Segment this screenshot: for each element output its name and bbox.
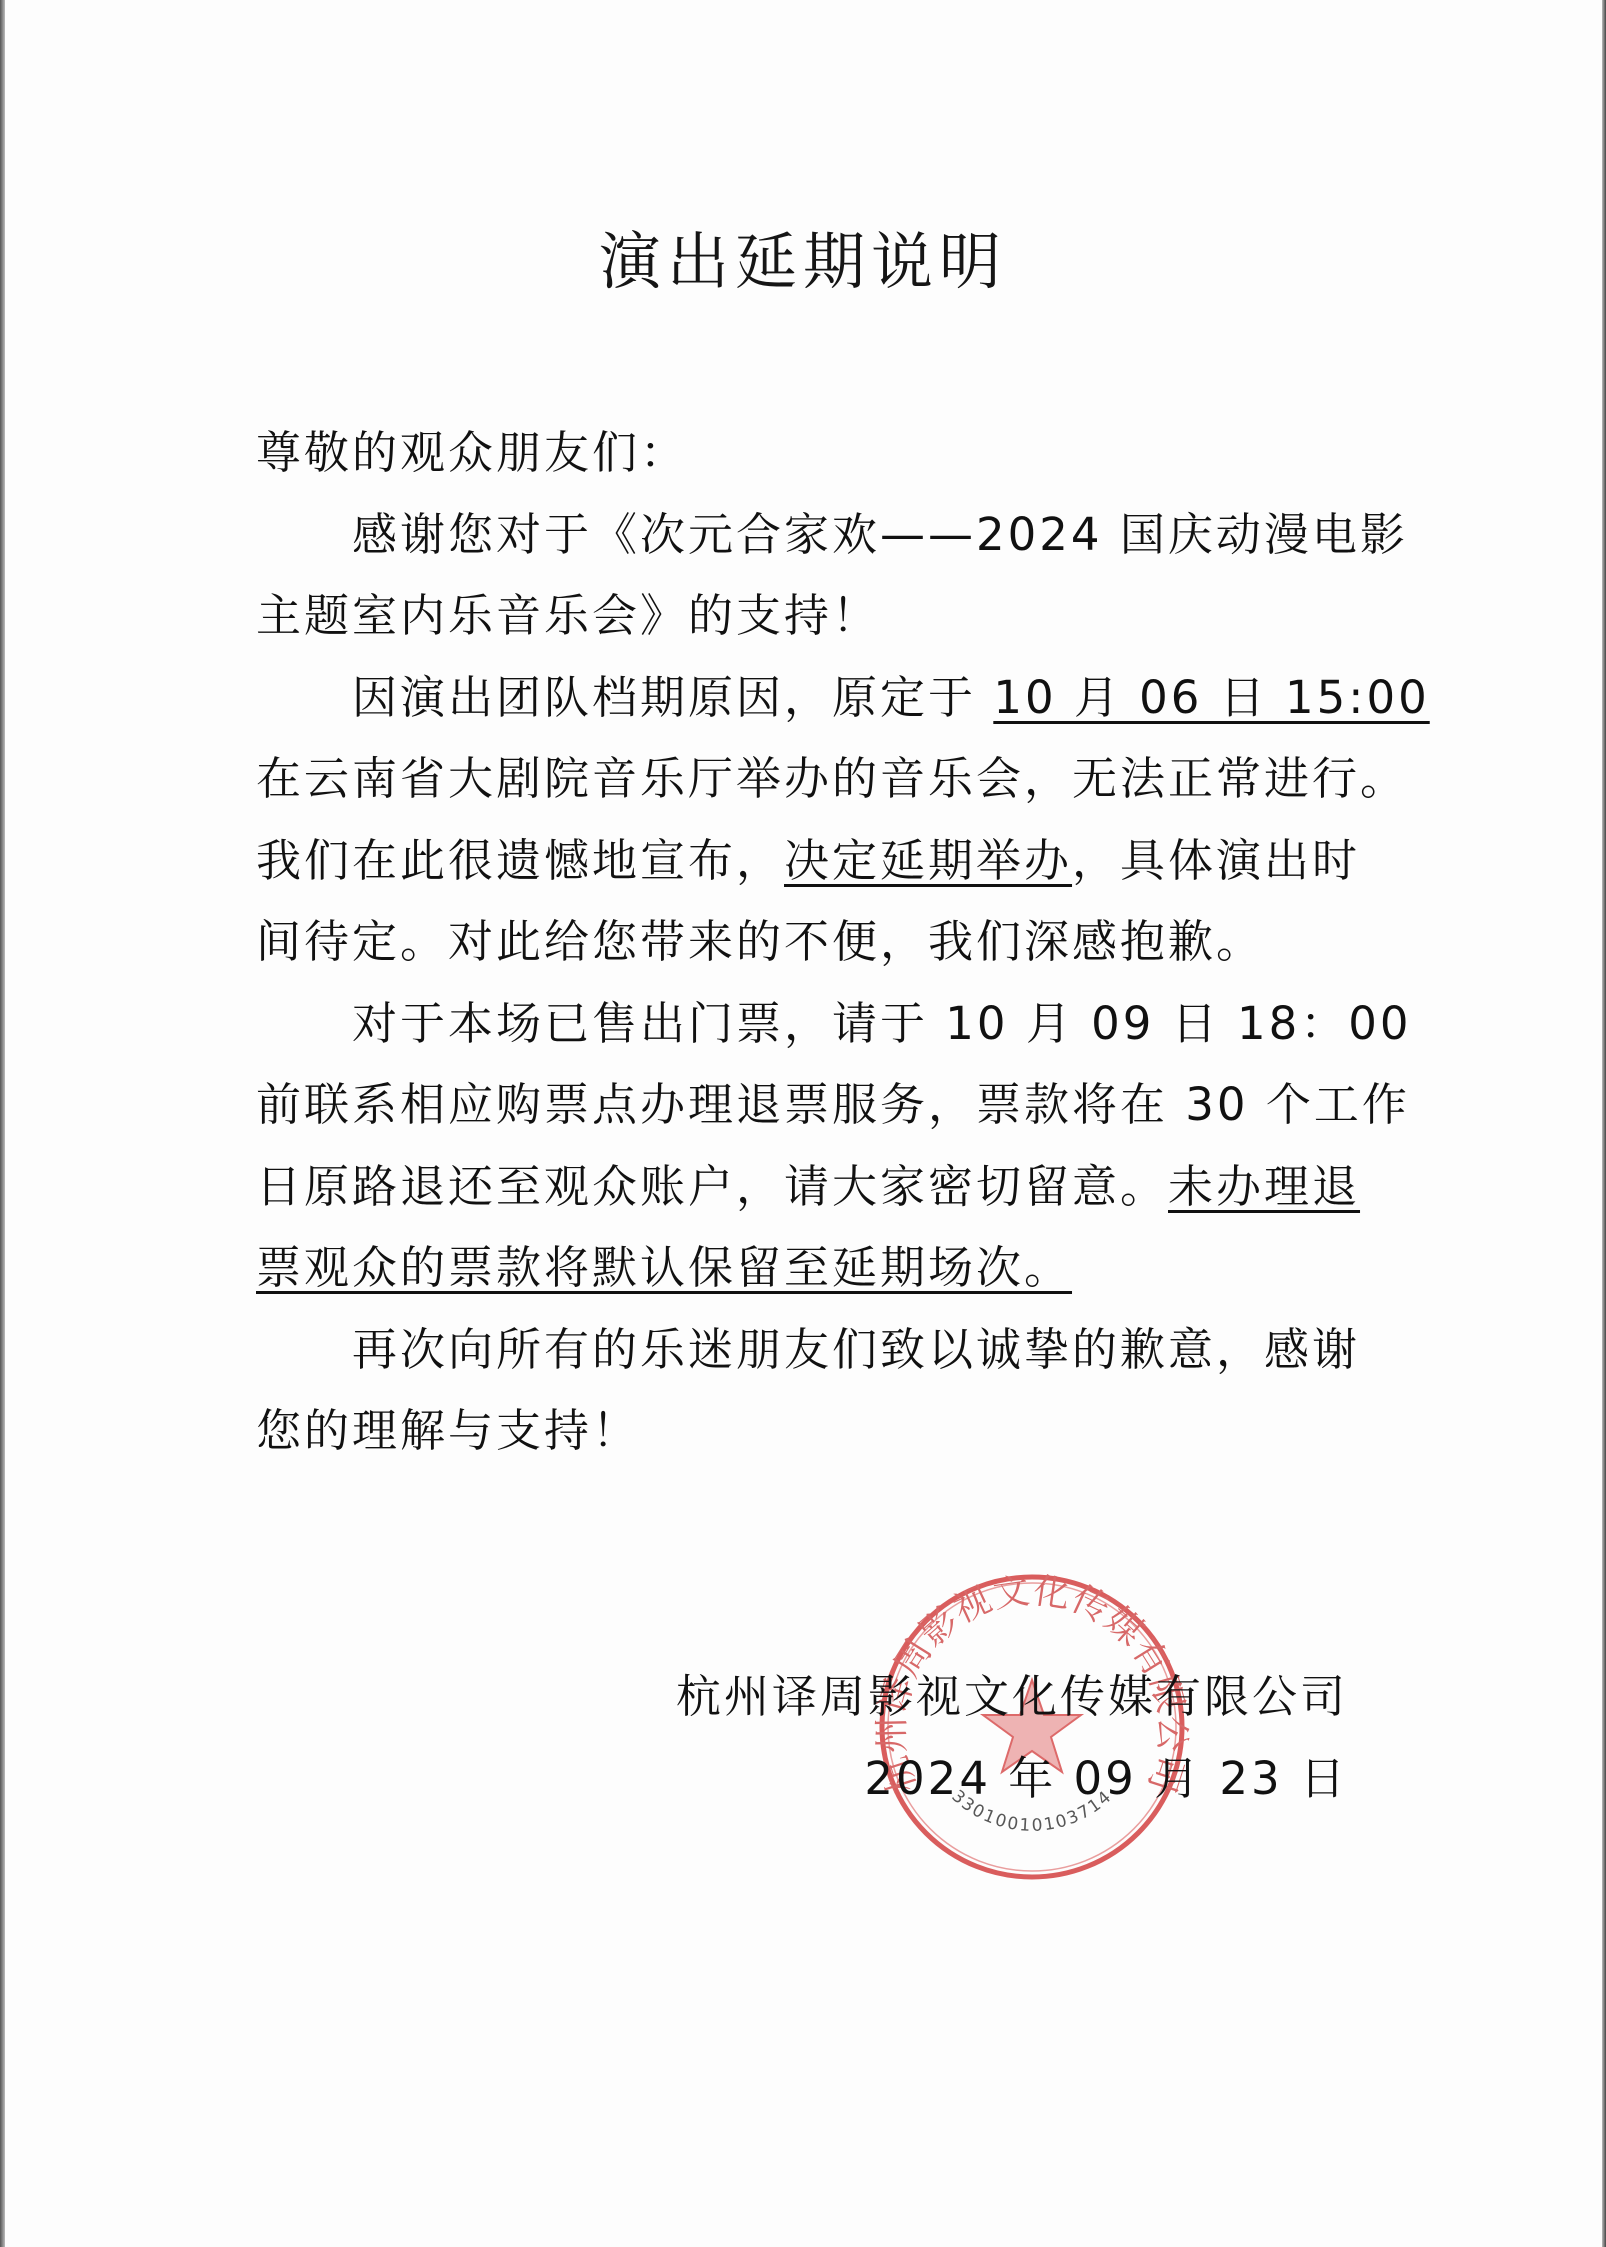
paragraphs: 感谢您对于《次元合家欢——2024 国庆动漫电影主题室内乐音乐会》的支持！因演出… [256, 494, 1356, 1472]
text-segment: 在云南省大剧院音乐厅举办的音乐会，无法正常进行。 [256, 752, 1408, 805]
text-segment: 再次向所有的乐迷朋友们致以诚挚的歉意，感谢 [352, 1323, 1360, 1376]
signature-company: 杭州译周影视文化传媒有限公司 [676, 1660, 1348, 1725]
signature-date: 2024 年 09 月 23 日 [864, 1742, 1348, 1807]
text-segment: ，具体演出时 [1072, 834, 1360, 887]
paragraph-line: 对于本场已售出门票，请于 10 月 09 日 18：00 [256, 983, 1356, 1065]
paragraph-line: 因演出团队档期原因，原定于 10 月 06 日 15:00 [256, 657, 1356, 739]
text-segment: 我们在此很遗憾地宣布， [256, 834, 784, 887]
text-segment: 感谢您对于《次元合家欢——2024 国庆动漫电影 [352, 508, 1408, 561]
company-seal: 杭州译周影视文化传媒有限公司 33010010103714 [870, 1565, 1194, 1889]
underlined-text: 10 月 06 日 15:00 [993, 671, 1429, 724]
paragraph-line: 再次向所有的乐迷朋友们致以诚挚的歉意，感谢 [256, 1309, 1356, 1391]
scan-edge-left [0, 0, 5, 2247]
underlined-text: 票观众的票款将默认保留至延期场次。 [256, 1241, 1072, 1294]
text-segment: 您的理解与支持！ [256, 1404, 640, 1457]
text-segment: 对于本场已售出门票，请于 10 月 09 日 18：00 [352, 997, 1412, 1050]
paragraph-line: 主题室内乐音乐会》的支持！ [256, 575, 1356, 657]
paragraph-line: 在云南省大剧院音乐厅举办的音乐会，无法正常进行。 [256, 738, 1356, 820]
text-segment: 主题室内乐音乐会》的支持！ [256, 589, 880, 642]
paragraph-line: 前联系相应购票点办理退票服务，票款将在 30 个工作 [256, 1064, 1356, 1146]
text-segment: 间待定。对此给您带来的不便，我们深感抱歉。 [256, 915, 1264, 968]
underlined-text: 决定延期举办 [784, 834, 1072, 887]
salutation: 尊敬的观众朋友们： [256, 412, 1356, 494]
paragraph-line: 我们在此很遗憾地宣布，决定延期举办，具体演出时 [256, 820, 1356, 902]
paragraph-line: 间待定。对此给您带来的不便，我们深感抱歉。 [256, 901, 1356, 983]
scan-edge-right [1602, 0, 1606, 2247]
paragraph-line: 日原路退还至观众账户，请大家密切留意。未办理退 [256, 1146, 1356, 1228]
underlined-text: 未办理退 [1168, 1160, 1360, 1213]
text-segment: 日原路退还至观众账户，请大家密切留意。 [256, 1160, 1168, 1213]
paragraph-line: 您的理解与支持！ [256, 1390, 1356, 1472]
document-body: 尊敬的观众朋友们： 感谢您对于《次元合家欢——2024 国庆动漫电影主题室内乐音… [256, 412, 1356, 1472]
text-segment: 前联系相应购票点办理退票服务，票款将在 30 个工作 [256, 1078, 1410, 1131]
text-segment: 因演出团队档期原因，原定于 [352, 671, 993, 724]
document-title: 演出延期说明 [0, 222, 1606, 302]
paragraph-line: 票观众的票款将默认保留至延期场次。 [256, 1227, 1356, 1309]
paragraph-line: 感谢您对于《次元合家欢——2024 国庆动漫电影 [256, 494, 1356, 576]
